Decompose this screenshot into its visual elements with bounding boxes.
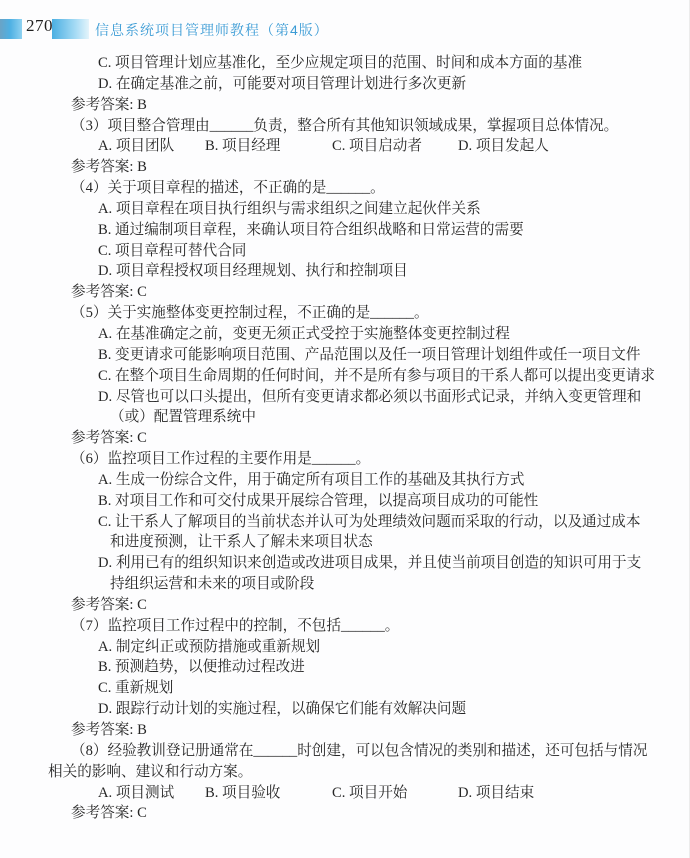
- option-line: A. 在基准确定之前，变更无须正式受控于实施整体变更控制过程: [48, 324, 649, 345]
- answer-line: 参考答案: B: [48, 720, 649, 741]
- option-continuation-line: 和进度预测，让干系人了解未来项目状态: [48, 532, 649, 553]
- option-continuation-line: （或）配置管理系统中: [48, 407, 649, 428]
- option-line: D. 在确定基准之前，可能要对项目管理计划进行多次更新: [48, 74, 649, 95]
- option-item: D. 项目发起人: [458, 136, 549, 157]
- header-right-accent-block: [52, 19, 89, 39]
- book-title: 信息系统项目管理师教程（第4版）: [95, 20, 329, 40]
- question-line: （7）监控项目工作过程中的控制，不包括______。: [48, 616, 649, 637]
- option-line: D. 跟踪行动计划的实施过程，以确保它们能有效解决问题: [48, 699, 649, 720]
- option-line: B. 对项目工作和可交付成果开展综合管理，以提高项目成功的可能性: [48, 491, 649, 512]
- option-line: C. 重新规划: [48, 678, 649, 699]
- answer-line: 参考答案: C: [48, 803, 649, 824]
- page-body: C. 项目管理计划应基准化，至少应规定项目的范围、时间和成本方面的基准 D. 在…: [48, 53, 649, 824]
- option-line: A. 项目章程在项目执行组织与需求组织之间建立起伙伴关系: [48, 199, 649, 220]
- answer-line: 参考答案: C: [48, 282, 649, 303]
- option-item: D. 项目结束: [458, 783, 534, 804]
- page-header: 270 信息系统项目管理师教程（第4版）: [0, 0, 689, 46]
- options-row: A. 项目测试 B. 项目验收 C. 项目开始 D. 项目结束: [48, 783, 649, 804]
- option-line: C. 让干系人了解项目的当前状态并认可为处理绩效问题而采取的行动，以及通过成本: [48, 512, 649, 533]
- option-line: D. 利用已有的组织知识来创造或改进项目成果，并且使当前项目创造的知识可用于支: [48, 553, 649, 574]
- option-item: A. 项目团队: [98, 136, 174, 157]
- answer-line: 参考答案: C: [48, 428, 649, 449]
- option-line: A. 生成一份综合文件，用于确定所有项目工作的基础及其执行方式: [48, 470, 649, 491]
- header-left-accent-block: [0, 19, 22, 39]
- option-line: C. 项目管理计划应基准化，至少应规定项目的范围、时间和成本方面的基准: [48, 53, 649, 74]
- question-continuation-line: 相关的影响、建议和行动方案。: [48, 762, 649, 783]
- answer-line: 参考答案: B: [48, 95, 649, 116]
- page-number: 270: [26, 16, 53, 36]
- answer-line: 参考答案: C: [48, 595, 649, 616]
- answer-line: 参考答案: B: [48, 157, 649, 178]
- question-line: （6）监控项目工作过程的主要作用是______。: [48, 449, 649, 470]
- options-row: A. 项目团队 B. 项目经理 C. 项目启动者 D. 项目发起人: [48, 136, 649, 157]
- option-item: C. 项目启动者: [332, 136, 422, 157]
- option-line: B. 通过编制项目章程，来确认项目符合组织战略和日常运营的需要: [48, 220, 649, 241]
- option-continuation-line: 持组织运营和未来的项目或阶段: [48, 574, 649, 595]
- option-item: B. 项目经理: [205, 136, 280, 157]
- question-line: （4）关于项目章程的描述，不正确的是______。: [48, 178, 649, 199]
- option-line: D. 尽管也可以口头提出，但所有变更请求都必须以书面形式记录，并纳入变更管理和: [48, 387, 649, 408]
- option-line: B. 预测趋势，以便推动过程改进: [48, 657, 649, 678]
- option-item: B. 项目验收: [205, 783, 280, 804]
- option-line: C. 项目章程可替代合同: [48, 241, 649, 262]
- option-item: A. 项目测试: [98, 783, 174, 804]
- question-line: （3）项目整合管理由______负责，整合所有其他知识领域成果，掌握项目总体情况…: [48, 116, 649, 137]
- option-item: C. 项目开始: [332, 783, 407, 804]
- option-line: A. 制定纠正或预防措施或重新规划: [48, 637, 649, 658]
- question-line: （8）经验教训登记册通常在______时创建，可以包含情况的类别和描述，还可包括…: [48, 741, 649, 762]
- option-line: D. 项目章程授权项目经理规划、执行和控制项目: [48, 261, 649, 282]
- question-line: （5）关于实施整体变更控制过程，不正确的是______。: [48, 303, 649, 324]
- option-line: B. 变更请求可能影响项目范围、产品范围以及任一项目管理计划组件或任一项目文件: [48, 345, 649, 366]
- option-line: C. 在整个项目生命周期的任何时间，并不是所有参与项目的干系人都可以提出变更请求: [48, 366, 649, 387]
- book-page: 270 信息系统项目管理师教程（第4版） C. 项目管理计划应基准化，至少应规定…: [0, 0, 690, 858]
